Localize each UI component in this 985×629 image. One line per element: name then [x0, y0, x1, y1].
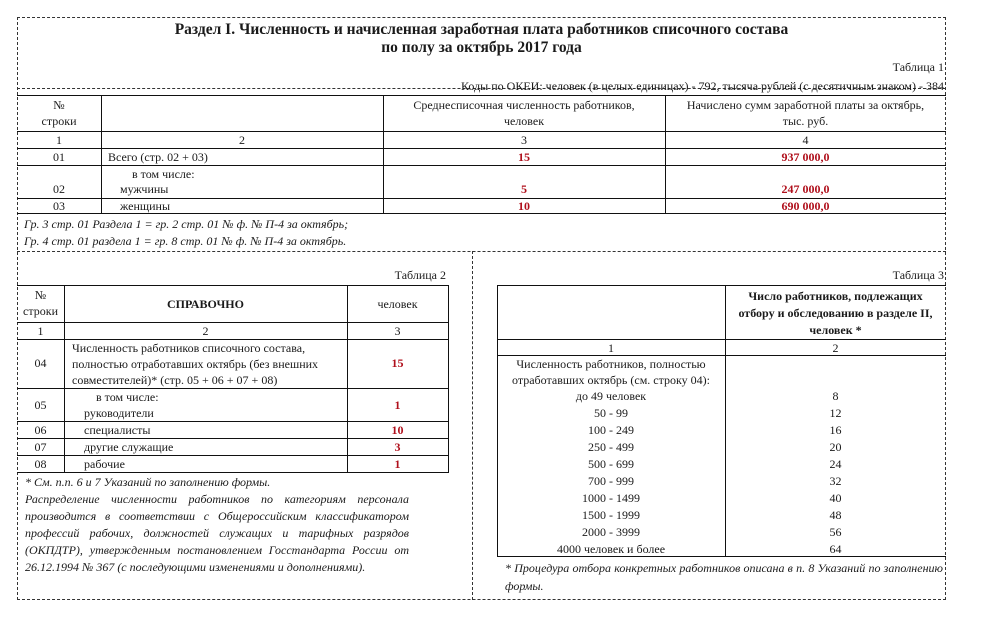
range-label: 50 - 99 [497, 405, 725, 421]
divider [17, 251, 946, 252]
row-number: 05 [17, 397, 64, 413]
table1-colnum: 2 [101, 132, 383, 148]
count-value: 1 [347, 397, 448, 413]
table1-header-headcount: Среднесписочная численность работников, … [383, 97, 665, 129]
table1-colnum: 1 [17, 132, 101, 148]
count-value: 16 [725, 422, 946, 438]
row-name: рабочие [84, 456, 125, 472]
row-number: 07 [17, 439, 64, 455]
range-label: 2000 - 3999 [497, 524, 725, 540]
table1-note-2: Гр. 4 стр. 01 раздела 1 = гр. 8 стр. 01 … [24, 232, 346, 250]
range-label: 500 - 699 [497, 456, 725, 472]
table3-intro: Численность работников, полностью отрабо… [497, 356, 725, 388]
row-number: 03 [17, 198, 101, 214]
range-label: 700 - 999 [497, 473, 725, 489]
count-value: 15 [347, 355, 448, 371]
row-name: мужчины [120, 181, 168, 197]
table3-label: Таблица 3 [800, 267, 944, 283]
count-value: 32 [725, 473, 946, 489]
table1-note-1: Гр. 3 стр. 01 Раздела 1 = гр. 2 стр. 01 … [24, 215, 348, 233]
count-value: 1 [347, 456, 448, 472]
range-label: до 49 человек [497, 388, 725, 404]
count-value: 20 [725, 439, 946, 455]
table2-note: Распределение численности работников по … [25, 491, 409, 576]
row-name: другие служащие [84, 439, 173, 455]
salary-value: 937 000,0 [665, 149, 946, 165]
table2-footnote: * См. п.п. 6 и 7 Указаний по заполнению … [25, 474, 270, 491]
row-name: Численность работников списочного состав… [72, 340, 318, 388]
count-value: 10 [347, 422, 448, 438]
row-prefix: в том числе: [132, 166, 195, 182]
count-value: 3 [347, 439, 448, 455]
range-label: 100 - 249 [497, 422, 725, 438]
headcount-value: 5 [383, 181, 665, 197]
row-number: 01 [17, 149, 101, 165]
range-label: 250 - 499 [497, 439, 725, 455]
row-name: специалисты [84, 422, 150, 438]
table1-header-row-no: № строки [17, 97, 101, 129]
headcount-value: 15 [383, 149, 665, 165]
table1-colnum: 4 [665, 132, 946, 148]
row-name: женщины [120, 198, 170, 214]
row-prefix: в том числе: [96, 389, 159, 405]
salary-value: 247 000,0 [665, 181, 946, 197]
table1-label: Таблица 1 [500, 59, 944, 75]
table3-header-count: Число работников, подлежащих отбору и об… [725, 288, 946, 339]
table2-header-name: СПРАВОЧНО [64, 296, 347, 312]
row-number: 06 [17, 422, 64, 438]
table1-colnum: 3 [383, 132, 665, 148]
table2-label: Таблица 2 [300, 267, 446, 283]
range-label: 1000 - 1499 [497, 490, 725, 506]
table2-colnum: 2 [64, 323, 347, 339]
table2-header-unit: человек [347, 296, 448, 312]
table1-header-salary: Начислено сумм заработной платы за октяб… [665, 97, 946, 129]
range-label: 1500 - 1999 [497, 507, 725, 523]
row-name: Всего (стр. 02 + 03) [108, 149, 208, 165]
table2-header-row-no: № строки [17, 287, 64, 319]
table3-colnum: 1 [497, 340, 725, 356]
count-value: 64 [725, 541, 946, 557]
salary-value: 690 000,0 [665, 198, 946, 214]
section-title-line2: по полу за октябрь 2017 года [17, 39, 946, 57]
section-title-line1: Раздел I. Численность и начисленная зара… [17, 21, 946, 39]
row-number: 04 [17, 355, 64, 371]
table2-colnum: 3 [347, 323, 448, 339]
count-value: 24 [725, 456, 946, 472]
table3-colnum: 2 [725, 340, 946, 356]
table3-footnote: * Процедура отбора конкретных работников… [505, 559, 943, 595]
row-number: 02 [17, 181, 101, 197]
row-name: руководители [84, 405, 154, 421]
count-value: 12 [725, 405, 946, 421]
count-value: 8 [725, 388, 946, 404]
table2-colnum: 1 [17, 323, 64, 339]
okei-codes: Коды по ОКЕИ: человек (в целых единицах)… [300, 78, 944, 94]
row-number: 08 [17, 456, 64, 472]
count-value: 56 [725, 524, 946, 540]
count-value: 40 [725, 490, 946, 506]
headcount-value: 10 [383, 198, 665, 214]
count-value: 48 [725, 507, 946, 523]
divider [472, 251, 473, 600]
range-label: 4000 человек и более [497, 541, 725, 557]
